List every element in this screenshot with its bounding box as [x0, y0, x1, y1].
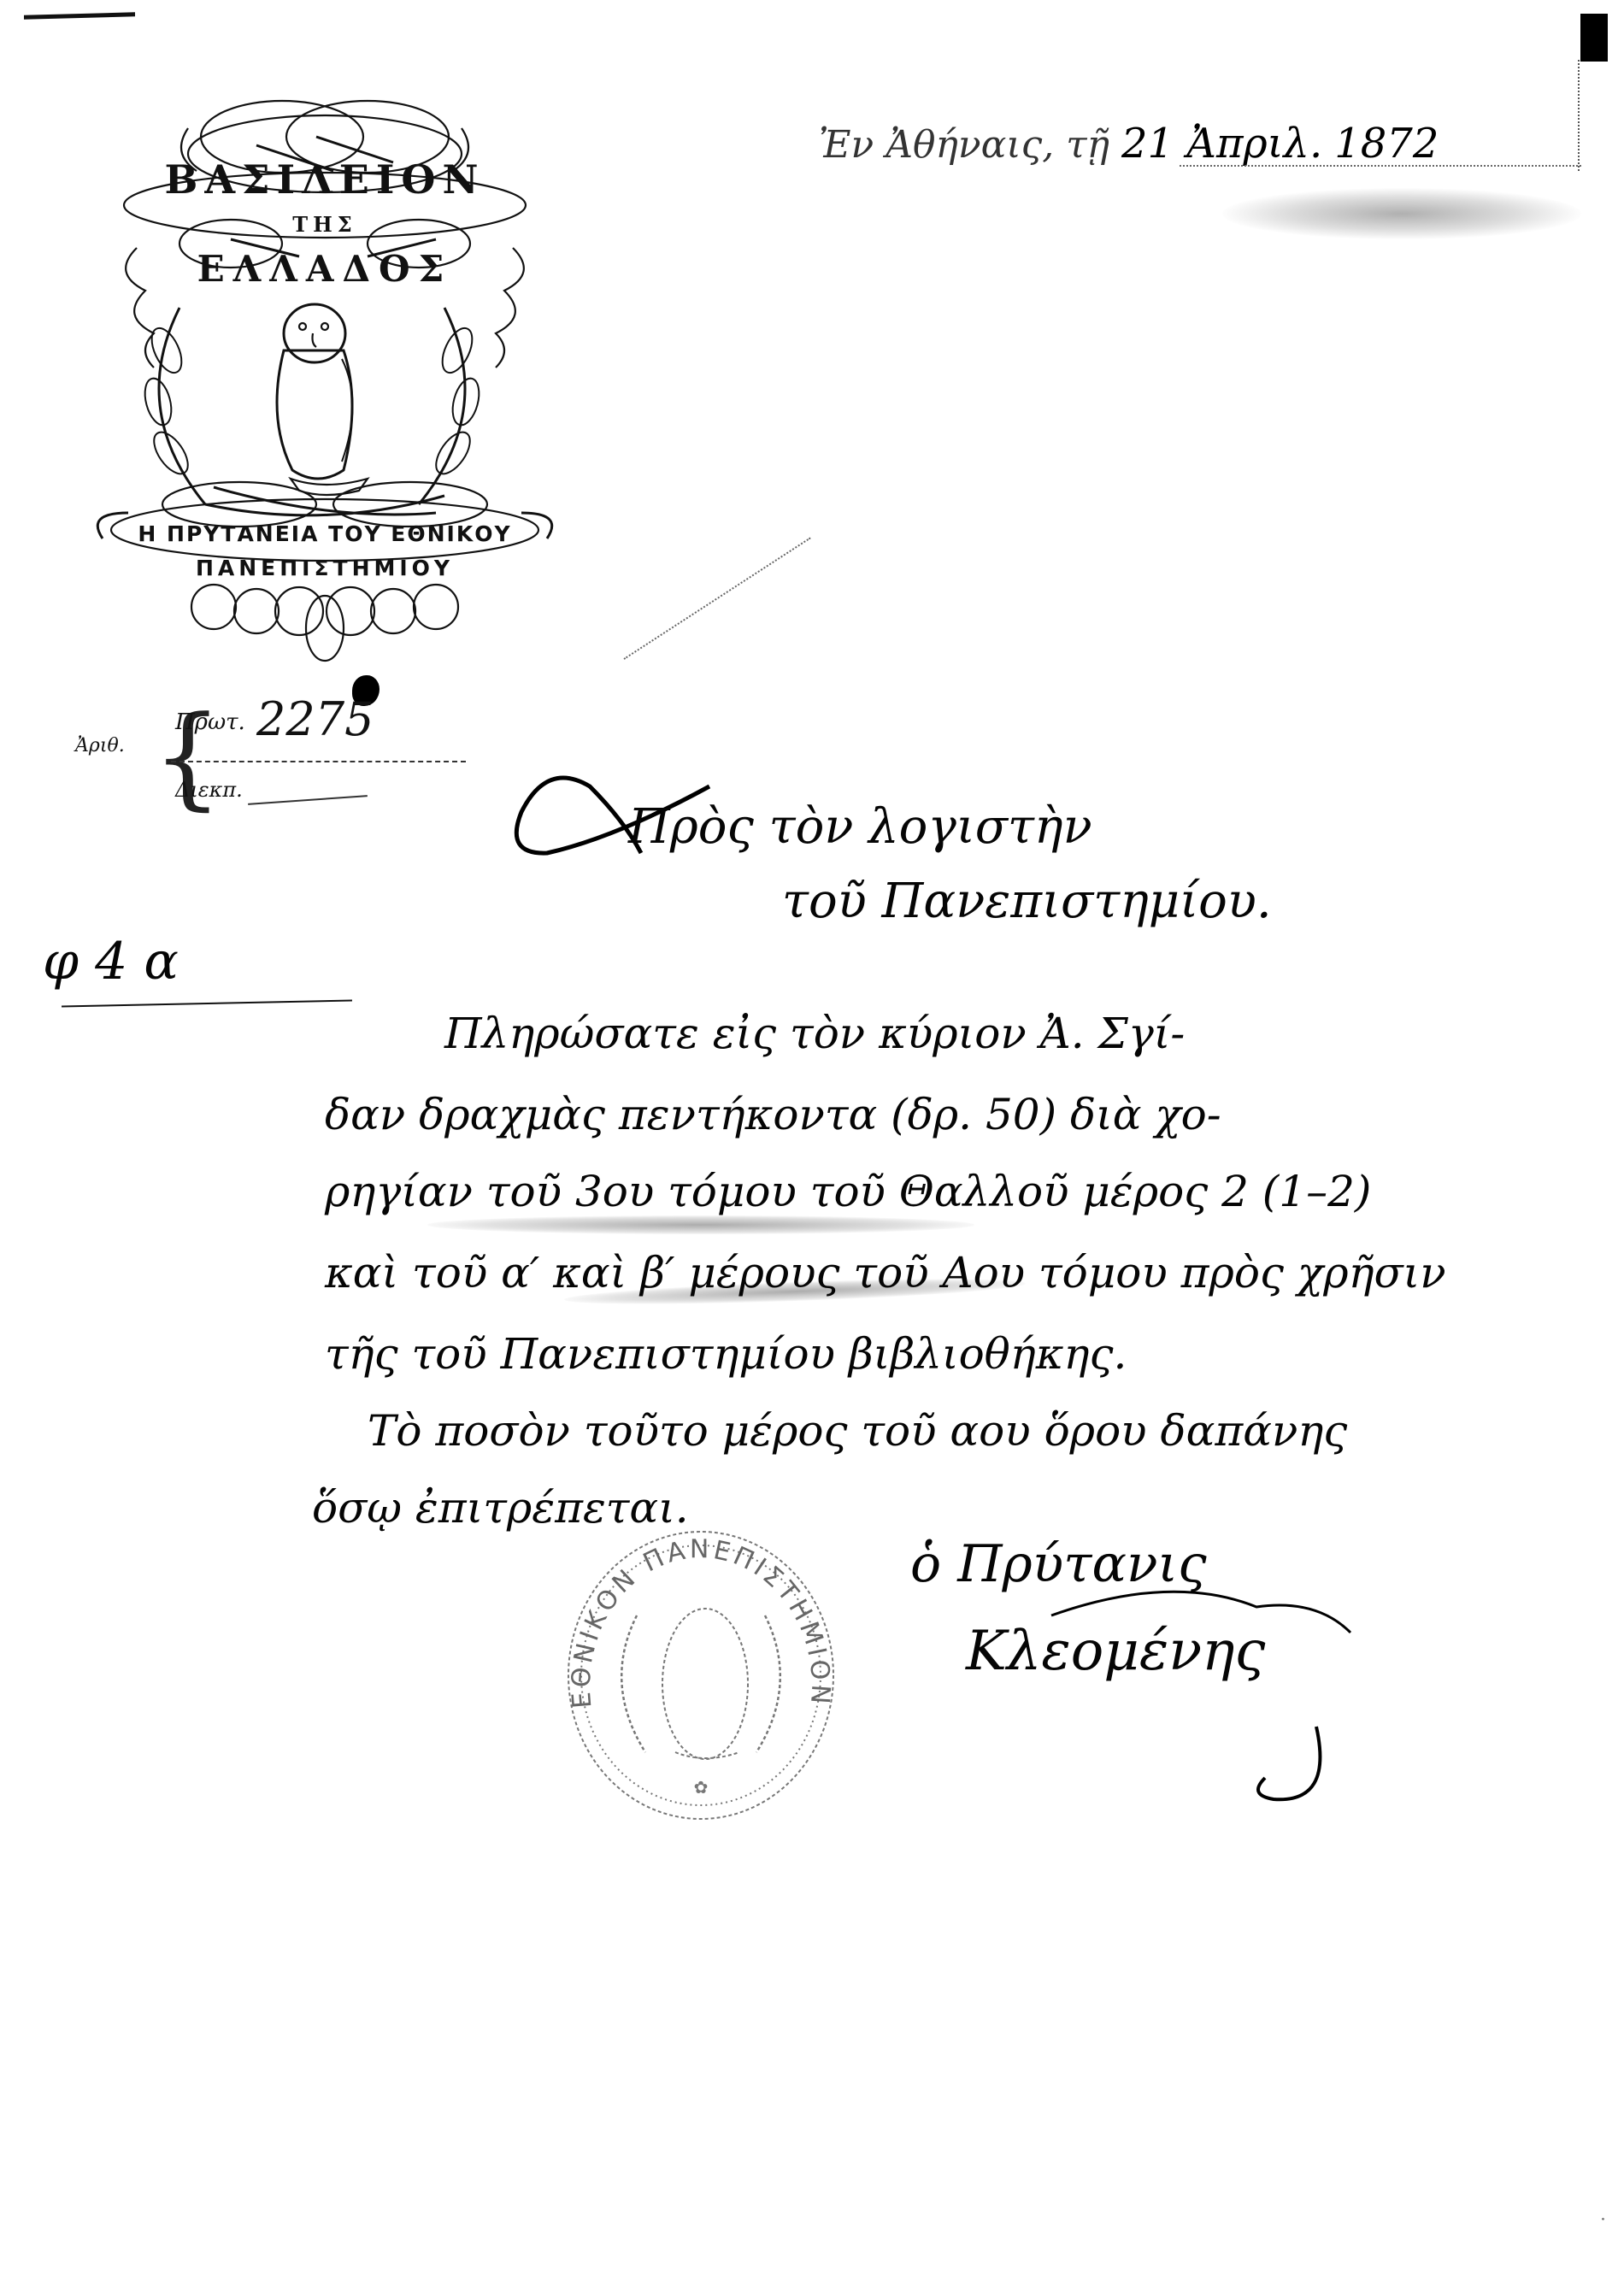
university-seal-icon: ΕΘΝΙΚΟΝ ΠΑΝΕΠΙΣΤΗΜΙΟΝ ✿ [556, 1521, 846, 1829]
dateline-place: Ἐν Ἀθήναις, τῇ [819, 123, 1109, 167]
dateline: Ἐν Ἀθήναις, τῇ 21 Ἀπριλ. 1872 [819, 120, 1439, 168]
reference-number-label: Ἀριθ. [75, 735, 125, 756]
margin-reference-rule [62, 999, 352, 1007]
dateline-year: 1872 [1334, 120, 1439, 168]
svg-text:✿: ✿ [694, 1777, 709, 1798]
protocol-rule [171, 761, 466, 762]
faint-diagonal-stroke [623, 538, 810, 660]
svg-text:ΕΘΝΙΚΟΝ ΠΑΝΕΠΙΣΤΗΜΙΟΝ: ΕΘΝΙΚΟΝ ΠΑΝΕΠΙΣΤΗΜΙΟΝ [567, 1534, 836, 1709]
body-line: δαν δραχμὰς πεντήκοντα (δρ. 50) διὰ χο- [325, 1090, 1221, 1139]
dateline-dotted-rule [1180, 165, 1581, 167]
addressee-line-2: τοῦ Πανεπιστημίου. [782, 874, 1272, 929]
protocol-number: 2275 [256, 692, 374, 746]
scan-artifact-edge-dots [1578, 60, 1581, 171]
letterhead-kingdom: ΒΑΣΙΛΕΙΟΝ [0, 156, 650, 203]
dateline-day-month: 21 Ἀπριλ. [1121, 120, 1322, 168]
body-line: Πληρώσατε εἰς τὸν κύριον Ἀ. Σγί- [444, 1009, 1185, 1058]
dispatch-label: Διεκπ. [175, 778, 243, 802]
dispatch-rule [248, 795, 368, 805]
scan-artifact-top-rule [24, 12, 135, 19]
protocol-label: Πρωτ. [175, 709, 245, 735]
letterhead-greece: ΕΛΛΑΔΟΣ [0, 248, 650, 290]
body-line: τῆς τοῦ Πανεπιστημίου βιβλιοθήκης. [325, 1329, 1127, 1379]
signature-flourish-icon [957, 1581, 1419, 1821]
letterhead-rectorate-line2: ΠΑΝΕΠΙΣΤΗΜΙΟΥ [0, 556, 650, 580]
body-line: καὶ τοῦ α′ καὶ β′ μέρους τοῦ Αου τόμου π… [325, 1248, 1446, 1298]
letterhead-of-the: ΤΗΣ [0, 212, 650, 237]
addressee-line-1: Πρὸς τὸν λογιστὴν [628, 799, 1092, 855]
body-line: Τὸ ποσὸν τοῦτο μέρος τοῦ αου ὅρου δαπάνη… [368, 1406, 1347, 1456]
margin-reference: φ 4 α [43, 932, 179, 992]
signature-name: Κλεομένης [966, 1620, 1265, 1683]
scan-artifact-edge-block [1580, 14, 1608, 62]
pencil-smudge [427, 1215, 974, 1234]
letterhead-rectorate-line1: Η ΠΡΥΤΑΝΕΙΑ ΤΟΥ ΕΘΝΙΚΟΥ [0, 521, 650, 546]
body-line: ρηγίαν τοῦ 3ου τόμου τοῦ Θαλλοῦ μέρος 2 … [325, 1167, 1371, 1216]
scan-artifact-mark: · [1600, 2210, 1606, 2231]
scan-smudge [1222, 188, 1581, 239]
